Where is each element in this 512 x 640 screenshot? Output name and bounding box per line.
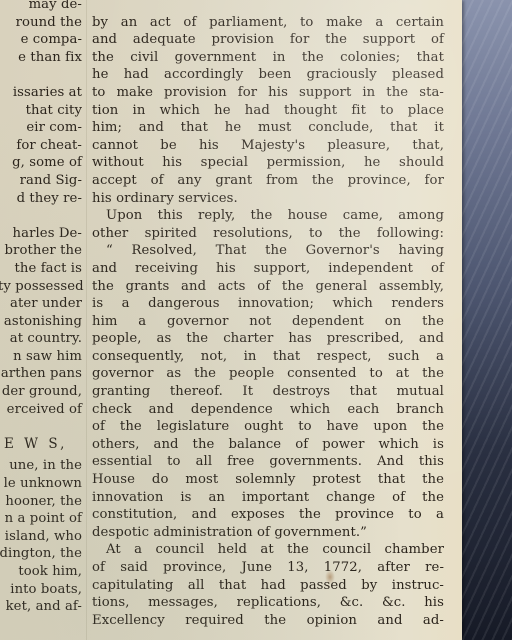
text-line: others, and the balance of power which i… <box>92 436 444 454</box>
text-line: of the legislature ought to have upon th… <box>92 418 444 436</box>
text-line: g, some of <box>0 154 82 172</box>
text-line: without his special permission, he shoul… <box>92 154 444 172</box>
text-line: Excellency required the opinion and ad- <box>92 612 444 630</box>
text-line: governor as the people consented to at t… <box>92 365 444 383</box>
paragraph-break <box>0 418 82 436</box>
text-line: hooner, the <box>0 493 82 511</box>
text-line: ty possessed <box>0 278 82 296</box>
text-line: cannot be his Majesty's pleasure, that, <box>92 137 444 155</box>
resolution-quote-start: “ Resolved, That the Governor's having <box>92 242 444 260</box>
right-column: x by an act of parliament, to make a cer… <box>92 0 444 629</box>
text-line: granting thereof. It destroys that mutua… <box>92 383 444 401</box>
text-line: is a dangerous innovation; which renders <box>92 295 444 313</box>
text-line: people, as the charter has prescribed, a… <box>92 330 444 348</box>
text-line: House do most solemnly protest that the <box>92 471 444 489</box>
text-line: n a point of <box>0 510 82 528</box>
text-line: constitution, and exposes the province t… <box>92 506 444 524</box>
text-line: der ground, <box>0 383 82 401</box>
text-line: into boats, <box>0 581 82 599</box>
text-line: dington, the <box>0 545 82 563</box>
text-line: him a governor not dependent on the <box>92 313 444 331</box>
paragraph-break <box>0 66 82 84</box>
text-line: erceived of <box>0 401 82 419</box>
text-line: to make provision for his support in the… <box>92 84 444 102</box>
text-line: the grants and acts of the general assem… <box>92 278 444 296</box>
text-line: ater under <box>0 295 82 313</box>
text-line: eir com- <box>0 119 82 137</box>
text-line: other spirited resolutions, to the follo… <box>92 225 444 243</box>
resolution-quote-end: despotic administration of government.” <box>92 524 444 542</box>
text-line: ket, and af- <box>0 598 82 616</box>
text-line: consequently, not, in that respect, such… <box>92 348 444 366</box>
text-line: arthen pans <box>0 365 82 383</box>
text-line: that city <box>0 102 82 120</box>
text-line: d they re- <box>0 190 82 208</box>
text-line: harles De- <box>0 225 82 243</box>
text-line: the civil government in the colonies; th… <box>92 49 444 67</box>
text-line: tions, messages, replications, &c. &c. h… <box>92 594 444 612</box>
text-line: by an act of parliament, to make a certa… <box>92 14 444 32</box>
paragraph-start: Upon this reply, the house came, among <box>92 207 444 225</box>
text-line: brother the <box>0 242 82 260</box>
left-column: may de- round the e compa- e than fix is… <box>0 0 82 616</box>
dark-background-surface <box>462 0 512 640</box>
section-heading: E W S, <box>0 436 82 454</box>
paragraph-start: At a council held at the council chamber <box>92 541 444 559</box>
text-line: he had accordingly been graciously pleas… <box>92 66 444 84</box>
text-line: took him, <box>0 563 82 581</box>
text-line: accept of any grant from the province, f… <box>92 172 444 190</box>
text-line: the fact is <box>0 260 82 278</box>
text-line: island, who <box>0 528 82 546</box>
text-line: and adequate provision for the support o… <box>92 31 444 49</box>
text-line: astonishing <box>0 313 82 331</box>
text-line: e compa- <box>0 31 82 49</box>
text-line: him; and that he must conclude, that it <box>92 119 444 137</box>
text-line: innovation is an important change of the <box>92 489 444 507</box>
text-line: e than fix <box>0 49 82 67</box>
text-line: une, in the <box>0 457 82 475</box>
text-line: le unknown <box>0 475 82 493</box>
text-line: and receiving his support, independent o… <box>92 260 444 278</box>
text-line: round the <box>0 14 82 32</box>
text-line: n saw him <box>0 348 82 366</box>
text-line: may de- <box>0 0 82 14</box>
paragraph-break <box>0 207 82 225</box>
text-line: of said province, June 13, 1772, after r… <box>92 559 444 577</box>
paper-stain <box>325 570 335 584</box>
column-divider <box>86 0 87 640</box>
newspaper-page: may de- round the e compa- e than fix is… <box>0 0 462 640</box>
text-line: tion in which he had thought fit to plac… <box>92 102 444 120</box>
text-line: capitulating all that had passed by inst… <box>92 577 444 595</box>
text-line: issaries at <box>0 84 82 102</box>
text-line: essential to all free governments. And t… <box>92 453 444 471</box>
text-line: at country. <box>0 330 82 348</box>
text-line: rand Sig- <box>0 172 82 190</box>
text-line: check and dependence which each branch <box>92 401 444 419</box>
text-line: his ordinary services. <box>92 190 444 208</box>
text-line: for cheat- <box>0 137 82 155</box>
